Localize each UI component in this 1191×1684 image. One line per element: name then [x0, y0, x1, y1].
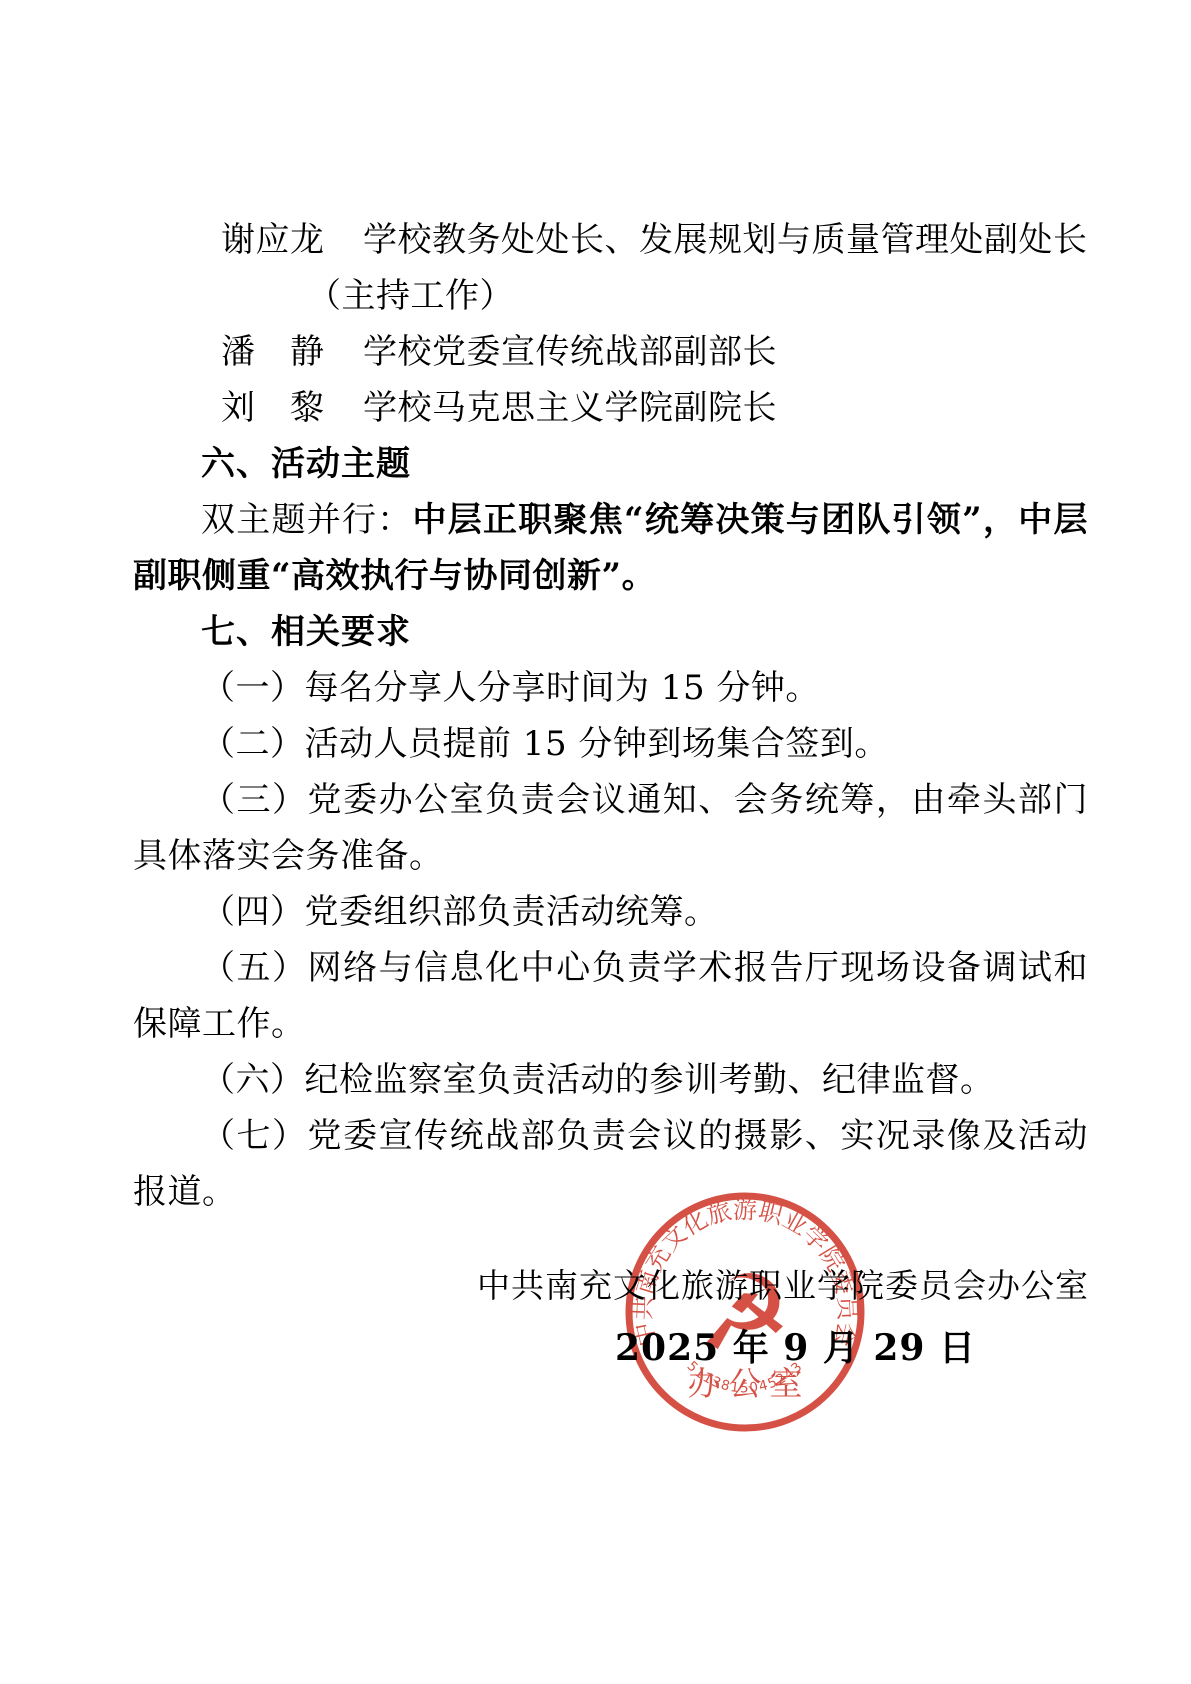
- personnel-title: 学校党委宣传统战部副部长: [363, 332, 777, 372]
- personnel-row: 潘 静学校党委宣传统战部副部长: [133, 324, 1088, 380]
- personnel-title: 学校马克思主义学院副院长: [363, 388, 777, 428]
- requirement-item: （五）网络与信息化中心负责学术报告厅现场设备调试和保障工作。: [133, 940, 1088, 1052]
- official-seal-stamp: 中共南充文化旅游职业学院委员会 ☭ 办公室 5113815045243: [619, 1186, 871, 1438]
- personnel-title: 学校教务处处长、发展规划与质量管理处副处长: [363, 220, 1088, 260]
- requirement-item: （七）党委宣传统战部负责会议的摄影、实况录像及活动报道。: [133, 1108, 1088, 1220]
- document-page: 谢应龙学校教务处处长、发展规划与质量管理处副处长 （主持工作） 潘 静学校党委宣…: [0, 0, 1191, 1684]
- requirement-item: （二）活动人员提前 15 分钟到场集合签到。: [133, 716, 1088, 772]
- personnel-row: 刘 黎学校马克思主义学院副院长: [133, 380, 1088, 436]
- theme-lead: 双主题并行：: [201, 500, 413, 540]
- personnel-title-note: （主持工作）: [133, 268, 1088, 324]
- section-heading-theme: 六、活动主题: [133, 436, 1088, 492]
- party-emblem-icon: ☭: [698, 1252, 791, 1374]
- theme-paragraph: 双主题并行：中层正职聚焦“统筹决策与团队引领”，中层副职侧重“高效执行与协同创新…: [133, 492, 1088, 604]
- personnel-name: 潘 静: [221, 324, 325, 380]
- personnel-name: 刘 黎: [221, 380, 325, 436]
- requirement-item: （四）党委组织部负责活动统筹。: [133, 884, 1088, 940]
- personnel-name: 谢应龙: [221, 212, 325, 268]
- requirement-item: （一）每名分享人分享时间为 15 分钟。: [133, 660, 1088, 716]
- requirement-item: （三）党委办公室负责会议通知、会务统筹，由牵头部门具体落实会务准备。: [133, 772, 1088, 884]
- requirement-item: （六）纪检监察室负责活动的参训考勤、纪律监督。: [133, 1052, 1088, 1108]
- personnel-row: 谢应龙学校教务处处长、发展规划与质量管理处副处长: [133, 212, 1088, 268]
- section-heading-requirements: 七、相关要求: [133, 604, 1088, 660]
- document-body: 谢应龙学校教务处处长、发展规划与质量管理处副处长 （主持工作） 潘 静学校党委宣…: [0, 0, 1191, 1220]
